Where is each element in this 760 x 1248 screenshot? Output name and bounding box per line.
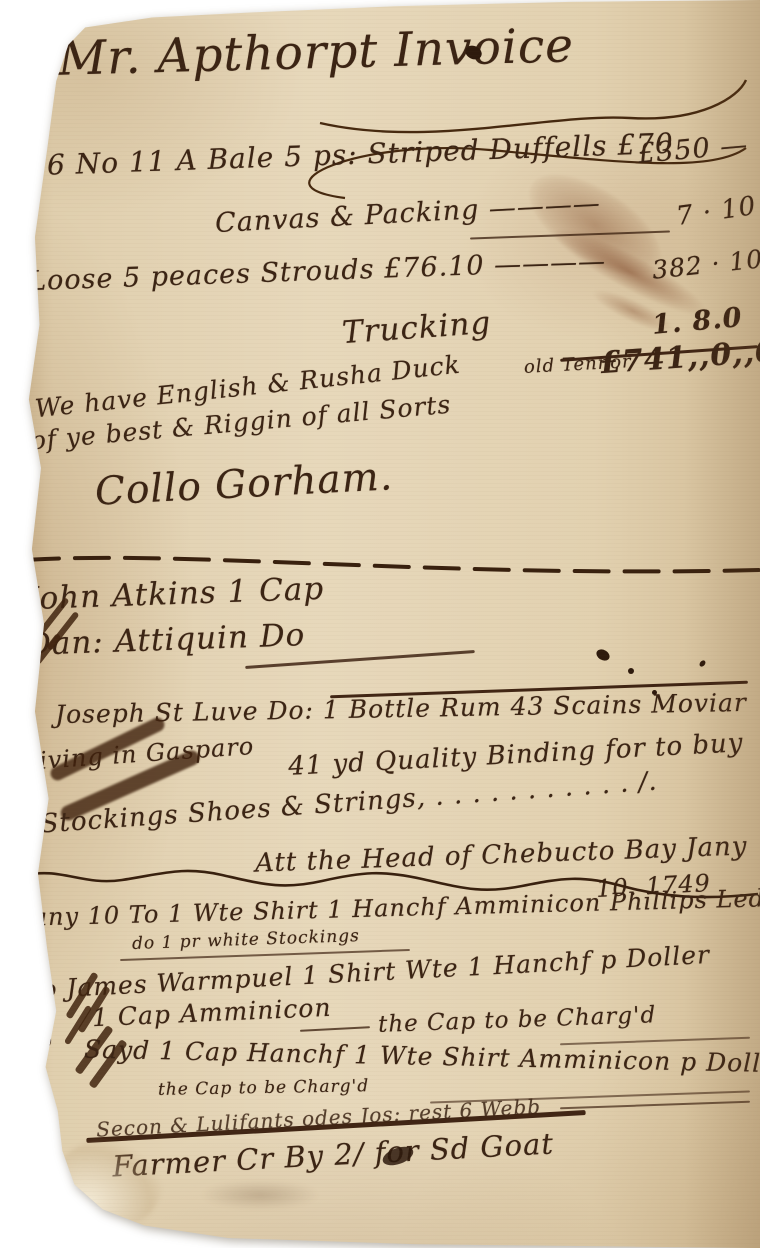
ledger-entry: Sayd 1 Cap Hanchf 1 Wte Shirt Amminicon … [84, 1037, 760, 1078]
ledger-entry: Stockings Shoes & Strings, . . . . . . .… [40, 768, 659, 838]
signature: Collo Gorham. [94, 457, 394, 513]
invoice-item: Loose 5 peaces Strouds £76.10 ———— [28, 248, 607, 297]
ink-rule [560, 1101, 750, 1110]
invoice-amount: 1. 8.0 [651, 304, 744, 340]
ink-rule [470, 231, 670, 240]
ledger-entry: Joseph St Luve Do: 1 Bottle Rum 43 Scain… [55, 690, 747, 728]
ledger-entry: John Atkins 1 Cap [26, 573, 325, 616]
total-amount: £741,,0,,0 [599, 336, 760, 380]
ink-blot [12, 582, 27, 593]
ledger-entry: 41 yd Quality Binding for to buy [288, 730, 745, 781]
ledger-subentry: the Cap to be Charg'd [158, 1078, 369, 1100]
ink-blot [698, 659, 706, 668]
ink-rule [300, 1026, 370, 1032]
ledger-entry-note: the Cap to be Charg'd [378, 1003, 657, 1037]
ledger-entry-struck: Living in Gasparo [21, 734, 255, 775]
ledger-entry: 1 Cap Amminicon [92, 995, 332, 1032]
paper-shadow-wrap: Mr. Apthorpt Invoice 16 No 11 A Bale 5 p… [0, 0, 760, 1248]
faded-stain [200, 1180, 320, 1210]
ink-rule [560, 1037, 750, 1046]
ledger-subentry: do 1 pr white Stockings [132, 928, 360, 954]
document-title: Mr. Apthorpt Invoice [57, 21, 574, 84]
scanned-manuscript: Mr. Apthorpt Invoice 16 No 11 A Bale 5 p… [0, 0, 760, 1248]
invoice-item: Trucking [341, 307, 492, 350]
ink-blot [628, 668, 634, 674]
ditto-mark: Do [16, 1027, 54, 1055]
manuscript-page: Mr. Apthorpt Invoice 16 No 11 A Bale 5 p… [0, 0, 760, 1248]
ink-blot [594, 647, 611, 663]
invoice-amount: 382 · 10 [651, 246, 760, 284]
